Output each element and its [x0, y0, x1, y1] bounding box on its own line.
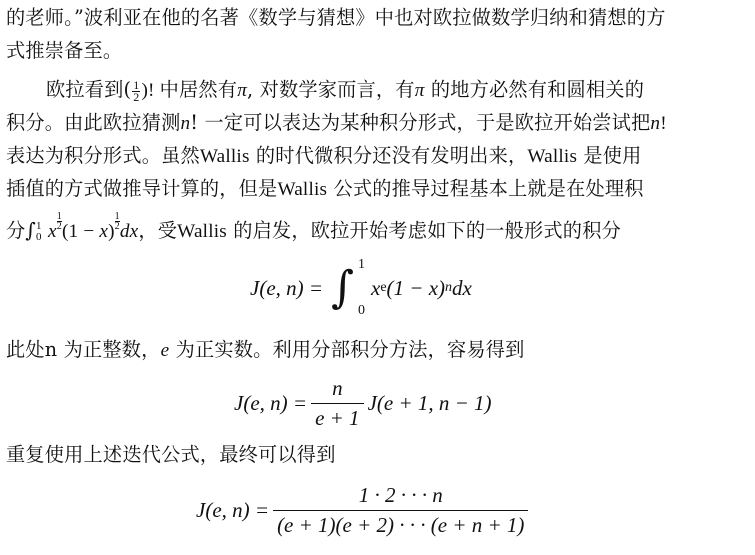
text: 的时代微积分还没有发明出来， [250, 144, 528, 167]
math-x: x [48, 221, 57, 242]
paragraph-3: 此处n 为正整数，e 为正实数。利用分部积分方法，容易得到 [6, 338, 525, 363]
math-n: n [181, 113, 191, 134]
equation-rhs: J(e + 1, n − 1) [368, 391, 492, 416]
math-x: x [371, 276, 380, 301]
text: 积分。由此欧拉猜测 [6, 111, 181, 134]
text: 欧拉看到( [46, 78, 131, 101]
math-dx: dx [120, 221, 139, 242]
numerator: 1 · 2 · · · n [355, 483, 447, 510]
equation-lhs: J(e, n) = [234, 391, 307, 416]
lower-limit: 0 [358, 303, 365, 319]
text: ! [660, 113, 667, 134]
math-e: e [161, 340, 170, 361]
text: 为正实数。利用分部积分方法，容易得到 [169, 338, 524, 361]
text: 的启发，欧拉开始考虑如下的一般形式的积分 [227, 219, 621, 242]
paragraph-1-line-1: 的老师。”波利亚在他的名著《数学与猜想》中也对欧拉做数学归纳和猜想的方 [6, 6, 666, 30]
name-wallis: Wallis [177, 221, 227, 242]
paragraph-2-line-5: 分∫10 x12(1 − x)12dx，受Wallis 的启发，欧拉开始考虑如下… [6, 212, 621, 244]
math-paren: ) [108, 221, 115, 242]
math-dx: dx [452, 276, 472, 301]
fraction-one-half: 12 [132, 80, 140, 103]
text: 插值的方式做推导计算的，但是 [6, 177, 277, 200]
text: )! 中居然有 [141, 80, 237, 101]
integral-sign: ∫ [25, 218, 36, 242]
integral-sign: ∫ [331, 266, 354, 310]
paragraph-2-line-4: 插值的方式做推导计算的，但是Wallis 公式的推导过程基本上就是在处理积 [6, 177, 644, 202]
math-n: n [650, 113, 660, 134]
math-paren: (1 − [62, 221, 99, 242]
paragraph-1-line-2: 式推崇备至。 [6, 39, 122, 63]
equation-closed-form: J(e, n) = 1 · 2 · · · n(e + 1)(e + 2) · … [196, 483, 532, 538]
pi-symbol: π [415, 80, 425, 101]
text: 的地方必然有和圆相关的 [425, 78, 645, 101]
name-wallis: Wallis [277, 179, 327, 200]
equation-integral-definition: J(e, n) = ∫ 10 xe(1 − x)ndx [250, 255, 472, 321]
text: ! 一定可以表达为某种积分形式，于是欧拉开始尝试把 [190, 111, 650, 134]
math-term: (1 − x) [387, 276, 445, 301]
fraction: 1 · 2 · · · n(e + 1)(e + 2) · · · (e + n… [273, 483, 528, 538]
lower-limit: 0 [36, 232, 42, 243]
text: 分 [6, 219, 25, 242]
name-wallis: Wallis [200, 146, 250, 167]
exponent-n: n [445, 280, 452, 296]
text: 是使用 [577, 144, 641, 167]
text: 此处n 为正整数， [6, 338, 161, 361]
denominator: e + 1 [311, 403, 364, 431]
text: ，受 [138, 219, 177, 242]
upper-limit: 1 [358, 257, 365, 273]
equation-recurrence: J(e, n) = ne + 1 J(e + 1, n − 1) [234, 376, 492, 431]
numerator: n [328, 376, 347, 403]
paragraph-4: 重复使用上述迭代公式，最终可以得到 [6, 443, 336, 467]
fraction: ne + 1 [311, 376, 364, 431]
integral-limits: 10 [358, 257, 365, 319]
name-wallis: Wallis [527, 146, 577, 167]
paragraph-2-line-1: 欧拉看到(12)! 中居然有π, 对数学家而言，有π 的地方必然有和圆相关的 [46, 78, 644, 103]
text: 表达为积分形式。虽然 [6, 144, 200, 167]
paragraph-2-line-3: 表达为积分形式。虽然Wallis 的时代微积分还没有发明出来，Wallis 是使… [6, 144, 642, 169]
integral-limits: 10 [36, 221, 42, 243]
pi-symbol: π [237, 80, 247, 101]
denominator: (e + 1)(e + 2) · · · (e + n + 1) [273, 510, 528, 538]
paragraph-2-line-2: 积分。由此欧拉猜测n! 一定可以表达为某种积分形式，于是欧拉开始尝试把n! [6, 111, 667, 136]
text: 公式的推导过程基本上就是在处理积 [327, 177, 644, 200]
denominator: 2 [132, 92, 140, 103]
math-x: x [99, 221, 108, 242]
equation-lhs: J(e, n) = [196, 498, 269, 523]
text: , 对数学家而言，有 [247, 78, 415, 101]
equation-lhs: J(e, n) = [250, 276, 323, 301]
